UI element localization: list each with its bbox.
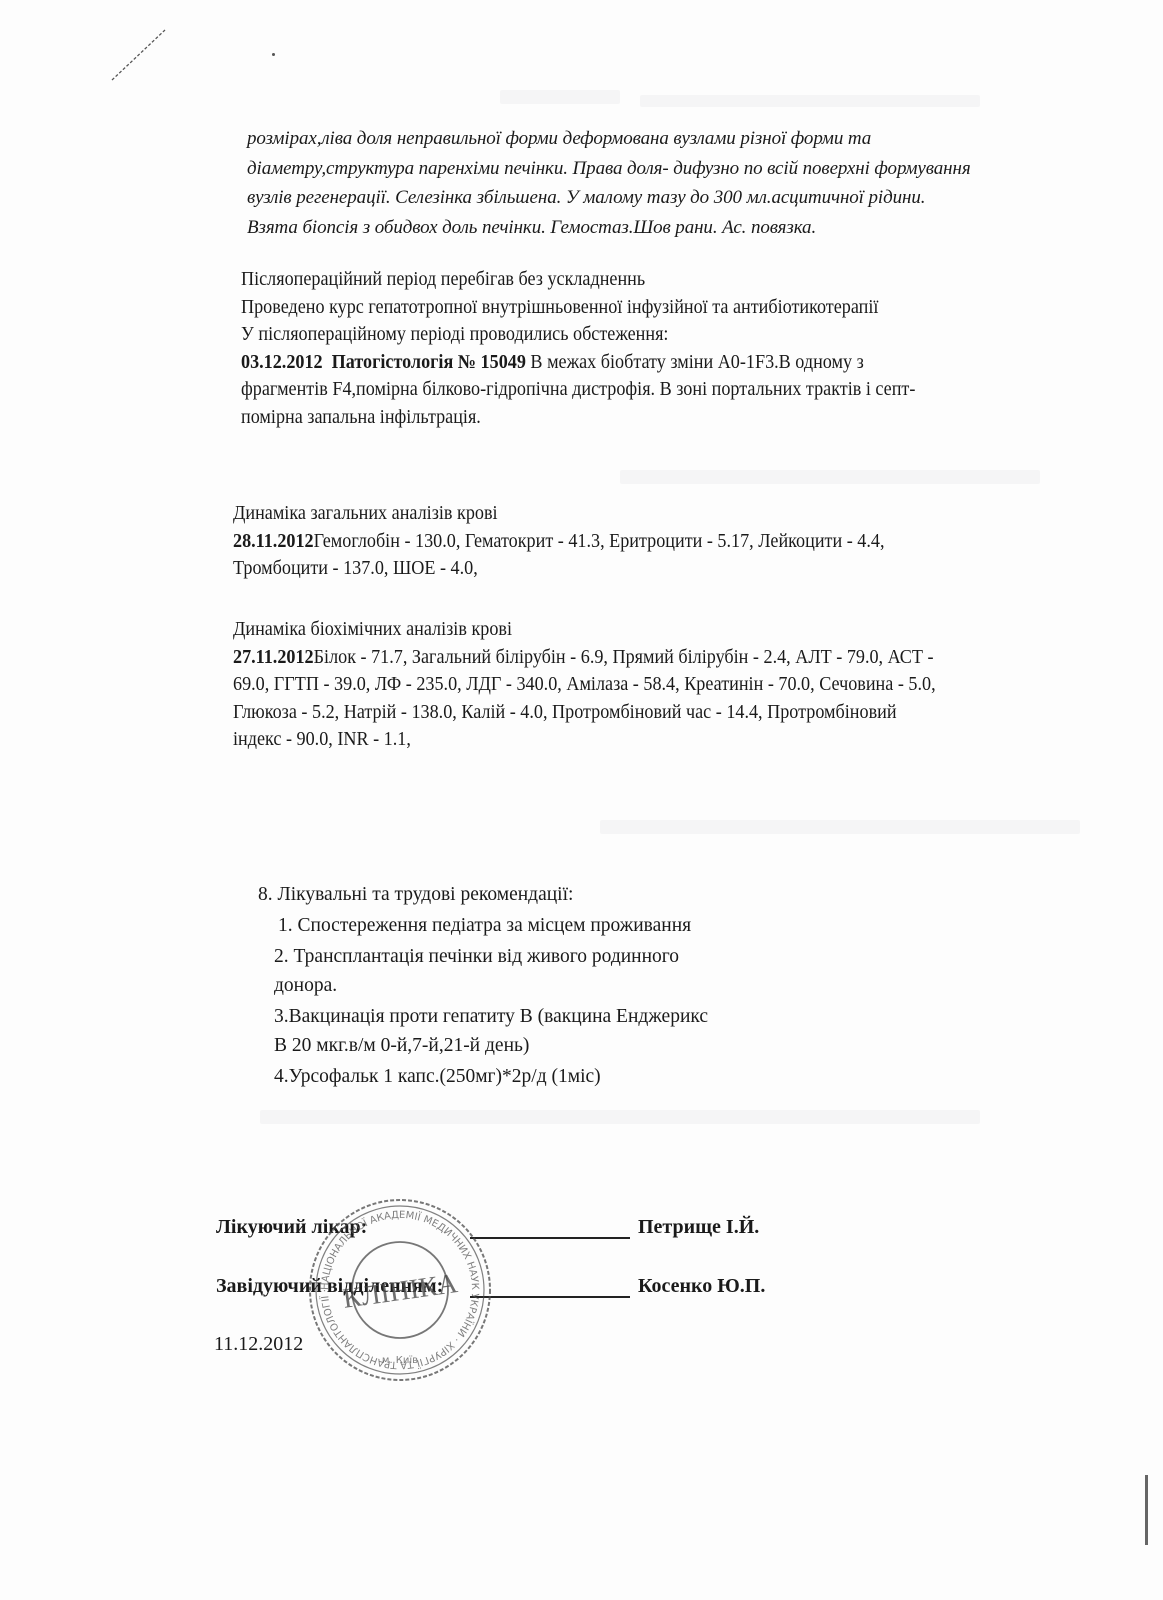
recommendation-item: В 20 мкг.в/м 0-й,7-й,21-й день) xyxy=(274,1032,529,1060)
text-line: Взята біопсія з обидвох доль печінки. Ге… xyxy=(247,213,1127,243)
operation-description: розмірах,ліва доля неправильної форми де… xyxy=(247,124,1127,242)
attending-doctor-name: Петрище І.Й. xyxy=(638,1216,759,1239)
scan-edge-mark xyxy=(1145,1475,1148,1545)
clinic-stamp: НАЦІОНАЛЬНОЇ АКАДЕМІЇ МЕДИЧНИХ НАУК УКРА… xyxy=(305,1195,495,1385)
text-line: вузлів регенерації. Селезінка збільшена.… xyxy=(247,183,1127,213)
stamp-city: м. Київ xyxy=(382,1355,418,1366)
bleed-through-mark xyxy=(600,820,1080,834)
stamp-icon: НАЦІОНАЛЬНОЇ АКАДЕМІЇ МЕДИЧНИХ НАУК УКРА… xyxy=(305,1195,495,1385)
department-head-name: Косенко Ю.П. xyxy=(638,1275,765,1298)
bleed-through-mark xyxy=(260,1110,980,1124)
section-title: Динаміка біохімічних аналізів крові xyxy=(233,616,1070,644)
scan-dot xyxy=(272,53,275,56)
histology-text: В межах біобтату зміни А0-1F3.В одному з xyxy=(526,352,864,373)
section-title: Динаміка загальних аналізів крові xyxy=(233,500,1070,528)
histology-title: Патогістологія № 15049 xyxy=(332,352,526,373)
recommendations-heading: 8. Лікувальні та трудові рекомендації: xyxy=(258,881,573,909)
biochem-blood-section: Динаміка біохімічних аналізів крові 27.1… xyxy=(233,616,1070,754)
text-line: Проведено курс гепатотропної внутрішньов… xyxy=(241,294,1059,322)
document-date: 11.12.2012 xyxy=(214,1331,303,1359)
scan-mark xyxy=(110,25,170,85)
test-date: 28.11.2012 xyxy=(233,531,314,552)
postoperative-section: Післяопераційний період перебігав без ус… xyxy=(241,266,1059,431)
recommendation-item: 4.Урсофальк 1 капс.(250мг)*2р/д (1міс) xyxy=(274,1063,601,1091)
text-line: Післяопераційний період перебігав без ус… xyxy=(241,266,1059,294)
blood-values-line: 28.11.2012Гемоглобін - 130.0, Гематокрит… xyxy=(233,528,1070,556)
recommendation-item: 1. Спостереження педіатра за місцем прож… xyxy=(278,912,691,940)
histology-line: 03.12.2012 Патогістологія № 15049 В межа… xyxy=(241,349,1059,377)
text-line: У післяопераційному періоді проводились … xyxy=(241,321,1059,349)
text-line: діаметру,структура паренхіми печінки. Пр… xyxy=(247,154,1127,184)
blood-values: Гемоглобін - 130.0, Гематокрит - 41.3, Е… xyxy=(314,531,885,552)
histology-date: 03.12.2012 xyxy=(241,352,323,373)
general-blood-section: Динаміка загальних аналізів крові 28.11.… xyxy=(233,500,1070,583)
text-line: розмірах,ліва доля неправильної форми де… xyxy=(247,124,1127,154)
recommendation-item: донора. xyxy=(274,972,337,1000)
recommendation-item: 2. Трансплантація печінки від живого род… xyxy=(274,943,679,971)
test-date: 27.11.2012 xyxy=(233,647,314,668)
bleed-through-mark xyxy=(500,90,620,104)
bleed-through-mark xyxy=(640,95,980,107)
biochem-values: Глюкоза - 5.2, Натрій - 138.0, Калій - 4… xyxy=(233,699,1070,727)
bleed-through-mark xyxy=(620,470,1040,484)
text-line: фрагментів F4,помірна білково-гідропічна… xyxy=(241,376,1059,404)
recommendation-item: 3.Вакцинація проти гепатиту В (вакцина Е… xyxy=(274,1003,708,1031)
biochem-values: індекс - 90.0, INR - 1.1, xyxy=(233,726,1070,754)
stamp-center-text: КЛІНІКА xyxy=(341,1268,460,1315)
blood-values: Тромбоцити - 137.0, ШОЕ - 4.0, xyxy=(233,555,1070,583)
text-line: помірна запальна інфільтрація. xyxy=(241,404,1059,432)
biochem-values: 69.0, ГГТП - 39.0, ЛФ - 235.0, ЛДГ - 340… xyxy=(233,671,1070,699)
biochem-values: Білок - 71.7, Загальний білірубін - 6.9,… xyxy=(314,647,934,668)
biochem-values-line: 27.11.2012Білок - 71.7, Загальний біліру… xyxy=(233,644,1070,672)
